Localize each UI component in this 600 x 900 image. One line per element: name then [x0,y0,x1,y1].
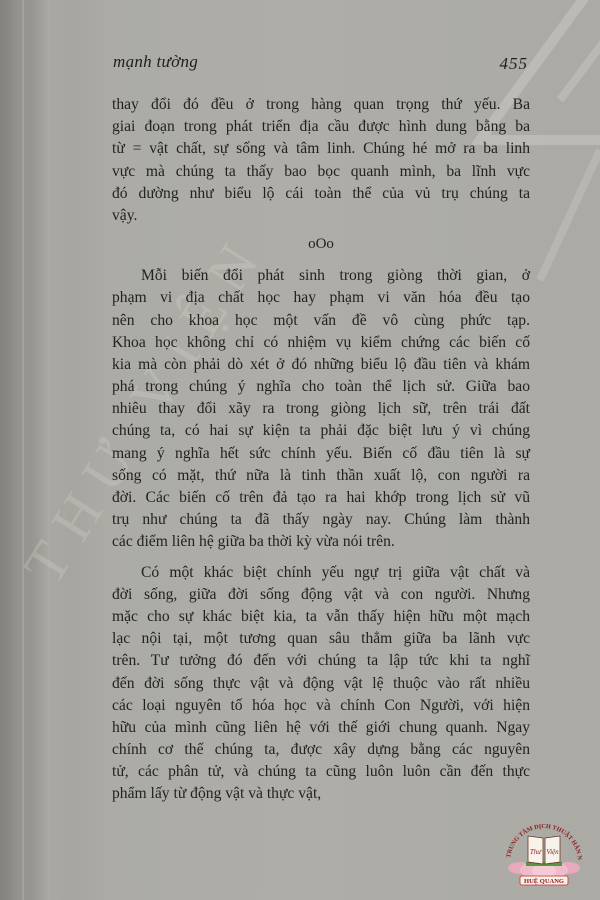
text-line: phẩm lấy từ động vật và thực vật, [112,783,530,805]
text-line: mang ý nghĩa hết sức chính yếu. Biến cố … [112,443,530,465]
text-line: kia mà còn phải dò xét ở đó những biểu l… [112,354,530,376]
text-line: đời. Các biến cố trên đả tạo ra hai khớp… [112,487,530,509]
text-line: Mỗi biến đổi phát sinh trong giòng thời … [112,265,530,287]
book-page: THƯ VIỆN mạnh tường 455 thay đổi đó đều … [0,0,600,900]
text-line: trụ như chúng ta đã thấy ngày nay. Chúng… [112,509,530,531]
paragraph-3: Có một khác biệt chính yếu ngự trị giữa … [112,562,530,806]
logo-book-right: Viện [546,848,559,856]
text-line: phá trong chúng ý nghĩa cho toàn thể lịc… [112,376,530,398]
text-line: mặc cho sự khác biệt kia, ta vẫn thấy hi… [112,606,530,628]
text-line: phạm vi địa chất học hay phạm vi văn hóa… [112,287,530,309]
logo-label: HUỆ QUANG [524,877,564,885]
text-line: lạc nội tại, một tương quan sâu thẳm giữ… [112,628,530,650]
text-line: sống có mặt, thứ nữa là tinh thần xuất l… [112,465,530,487]
text-line: trên. Tư tưởng đó đến với chúng ta lập t… [112,650,530,672]
text-line: từ = vật chất, sự sống và tâm linh. Chún… [112,138,530,160]
text-line: các điểm liên hệ giữa ba thời kỳ vừa nói… [112,531,530,553]
text-line: Có một khác biệt chính yếu ngự trị giữa … [112,562,530,584]
text-line: đến đời sống thực vật và động vật lệ thu… [112,673,530,695]
text-line: Khoa học không chỉ có nhiệm vụ kiểm chứn… [112,332,530,354]
fold-crease [48,0,50,900]
page-number: 455 [500,54,529,74]
text-line: vậy. [112,205,530,227]
page-fold-shadow [0,0,60,900]
hue-quang-logo-icon: TRUNG TÂM DỊCH THUẬT HÁN NÔM Thư Viện HU… [500,818,588,890]
text-line: đời sống, giữa đời sống động vật và con … [112,584,530,606]
logo-book-left: Thư [530,848,542,856]
paragraph-1: thay đổi đó đều ở trong hàng quan trọng … [112,94,530,227]
text-line: chính cơ thể chúng ta, được xây dựng bằn… [112,739,530,761]
text-line: tử, các phân tử, và chúng ta cũng luôn l… [112,761,530,783]
paragraph-2: Mỗi biến đổi phát sinh trong giòng thời … [112,265,530,553]
section-separator: oOo [112,229,530,259]
text-line: vực mà chúng ta thấy bao bọc quanh mình,… [112,161,530,183]
text-line: hữu của mình cũng liên hệ với thế giới c… [112,717,530,739]
text-line: các loại nguyên tố hóa học và chính Con … [112,695,530,717]
text-line: giai đoạn trong phát triển địa cầu được … [112,116,530,138]
text-line: chúng ta, có hai sự kiện ta phải đặc biệ… [112,420,530,442]
text-line: nhiêu thay đổi xãy ra trong giòng lịch s… [112,398,530,420]
text-line: thay đổi đó đều ở trong hàng quan trọng … [112,94,530,116]
text-line: nên cho khoa học một vấn đề vô cùng phức… [112,310,530,332]
text-line: đó dường như biểu lộ cái toàn thể của vủ… [112,183,530,205]
running-head: mạnh tường [113,52,198,72]
page-header: mạnh tường 455 [113,52,528,82]
fold-crease [22,0,24,900]
paragraph-gap [112,554,530,562]
body-text: thay đổi đó đều ở trong hàng quan trọng … [112,94,530,806]
